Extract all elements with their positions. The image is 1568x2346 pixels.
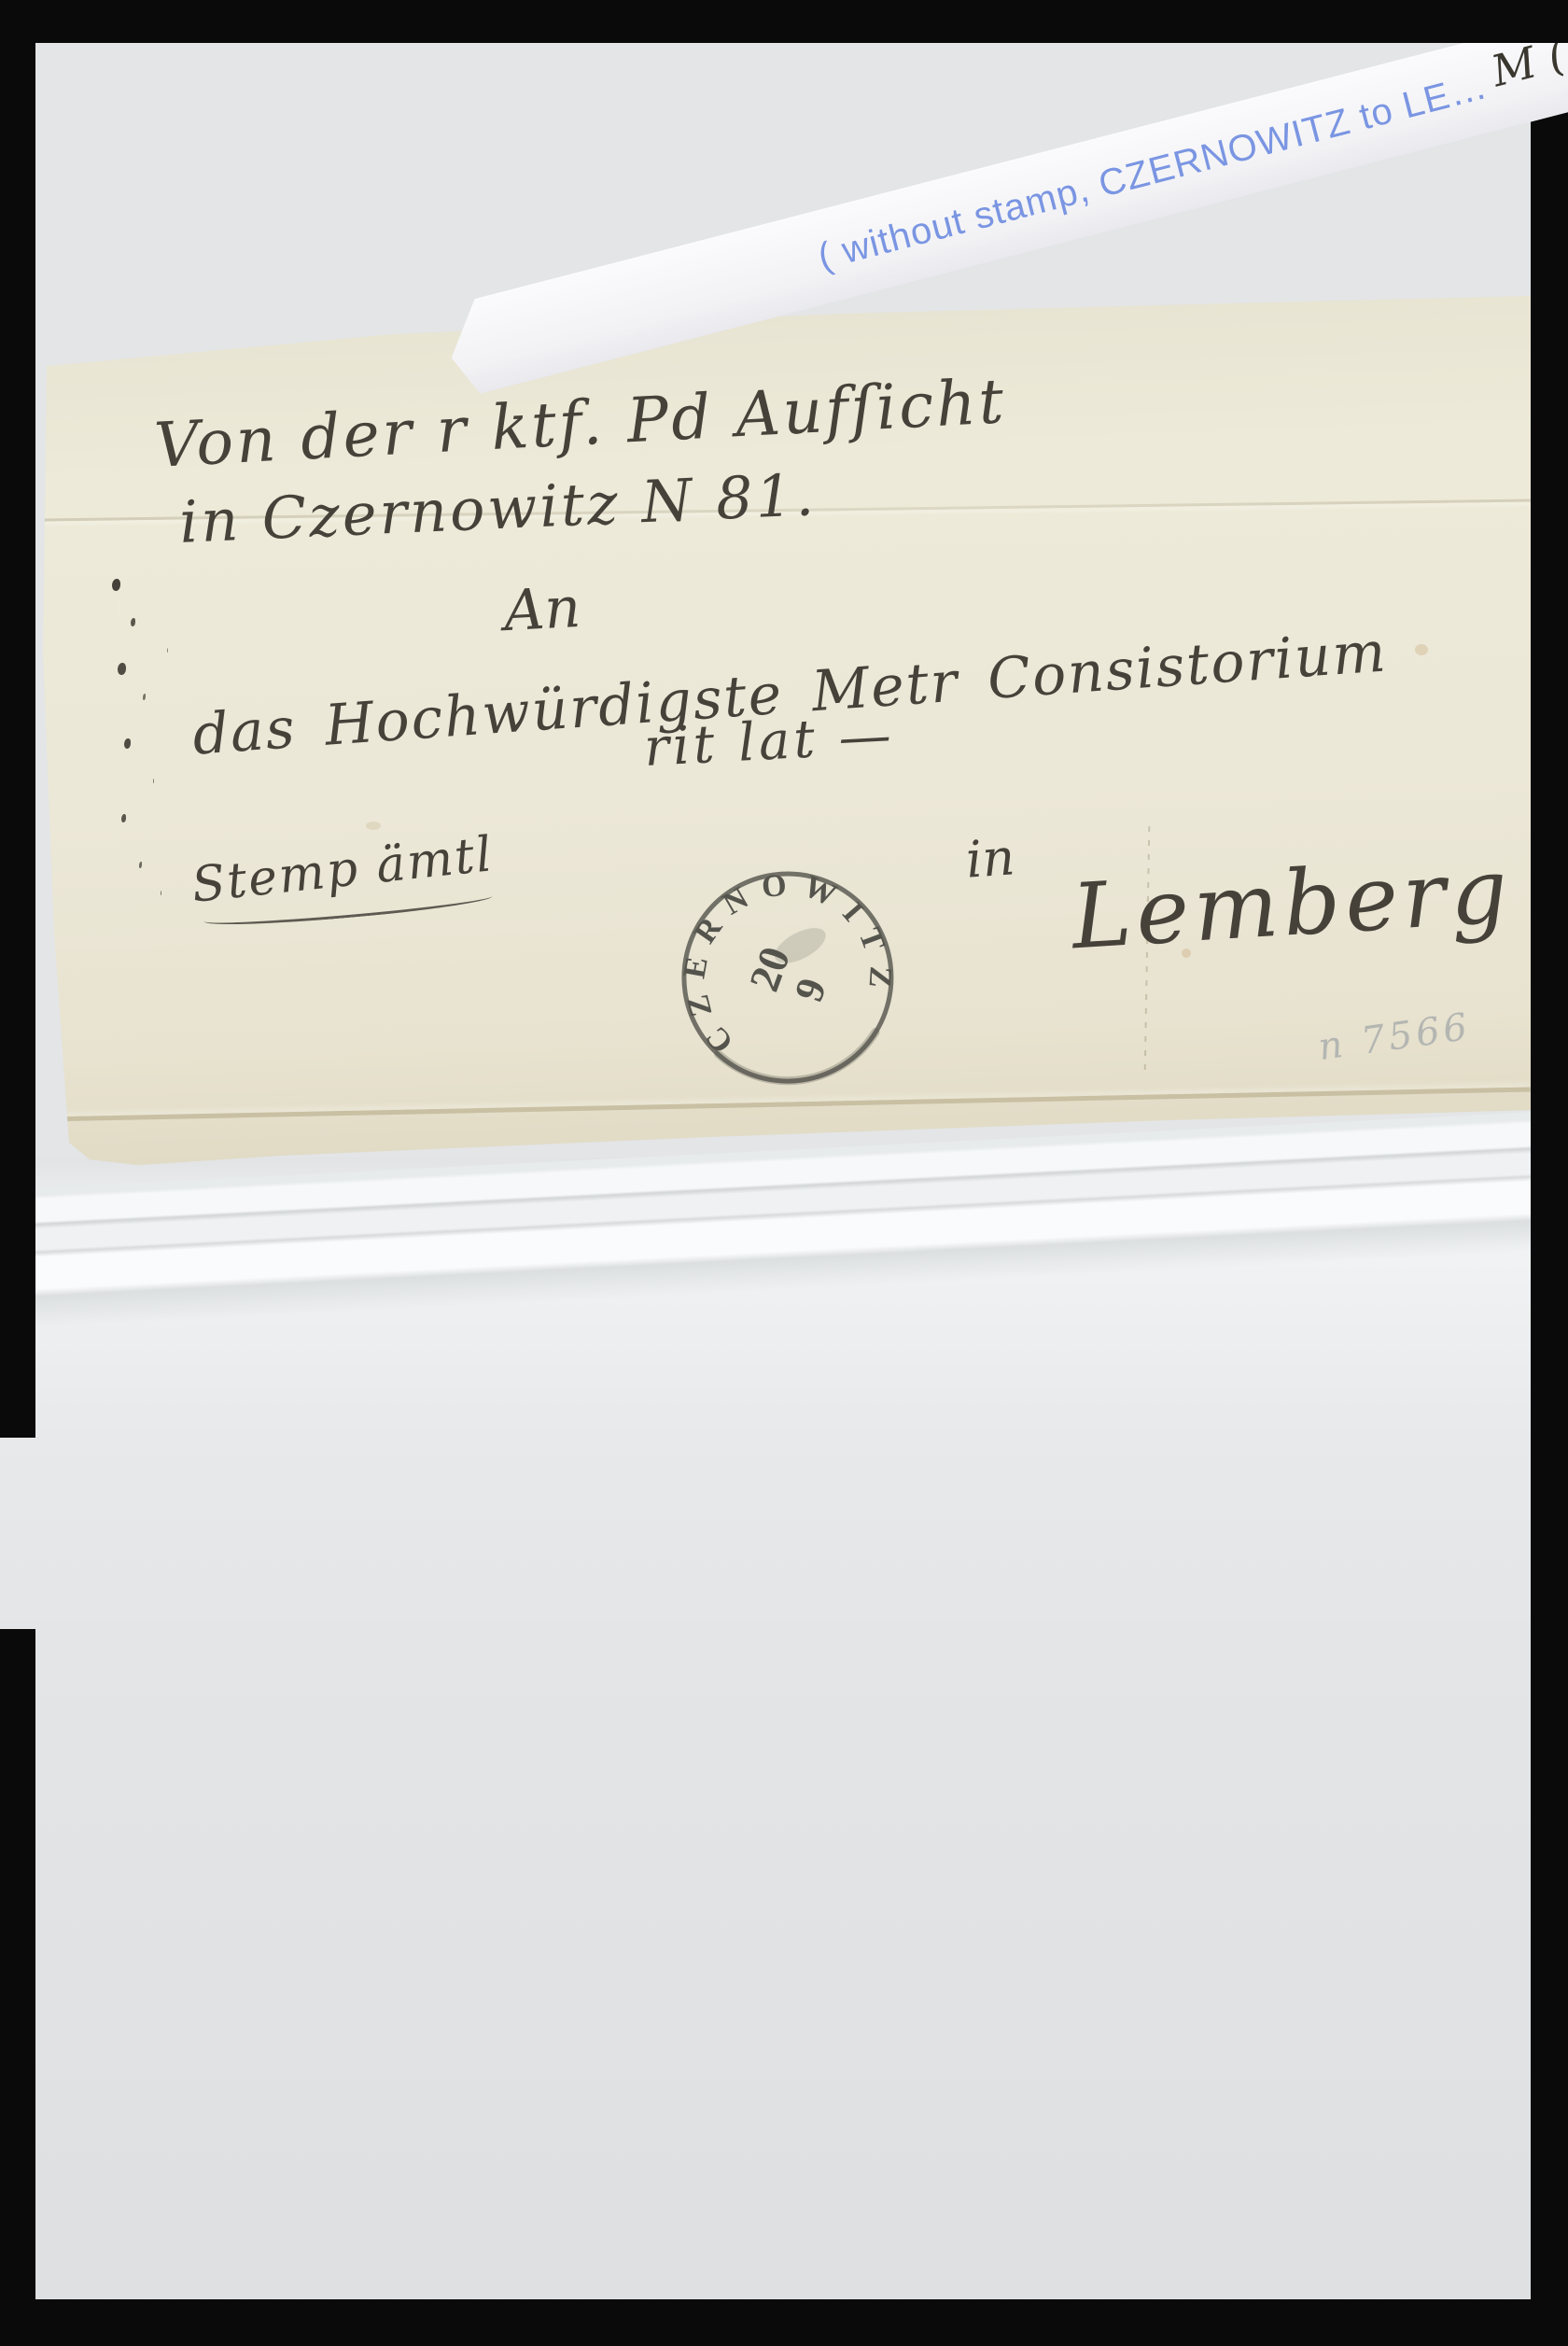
- foxing-spot: [1415, 644, 1428, 655]
- foxing-spot: [366, 822, 381, 830]
- pencil-collector-note: n 7566: [1316, 1005, 1474, 1069]
- strip-printed-text: ( without stamp, CZERNOWITZ to LE…: [814, 65, 1491, 278]
- photo-of-postal-cover: Von der r ktf. Pd Aufſicht in Czernowitz…: [0, 0, 1568, 2346]
- destination-preposition: in: [964, 827, 1016, 889]
- frame-bar-left-upper: [0, 0, 35, 1438]
- salutation: An: [502, 575, 582, 644]
- foxing-spot: [1182, 948, 1191, 958]
- postmark-month: 9: [786, 973, 836, 1007]
- postmark-ring-smudge: [719, 1033, 881, 1091]
- sender-line-1: Von der r ktf. Pd Aufſicht: [153, 365, 1008, 482]
- wall-lower: [0, 1158, 1568, 2346]
- envelope: Von der r ktf. Pd Aufſicht in Czernowitz…: [0, 280, 1568, 1176]
- destination-city: Lemberg: [1069, 838, 1515, 970]
- frame-bar-left-lower: [0, 1629, 35, 2346]
- czernowitz-postmark: CZERNOWITZ 20 9: [649, 838, 928, 1117]
- frame-bar-bottom: [0, 2299, 1568, 2346]
- frame-bar-right: [1531, 0, 1568, 2346]
- rite-note: rit lat —: [642, 705, 896, 779]
- frame-bar-top: [0, 0, 1568, 43]
- ink-smudge-marks: [112, 579, 120, 591]
